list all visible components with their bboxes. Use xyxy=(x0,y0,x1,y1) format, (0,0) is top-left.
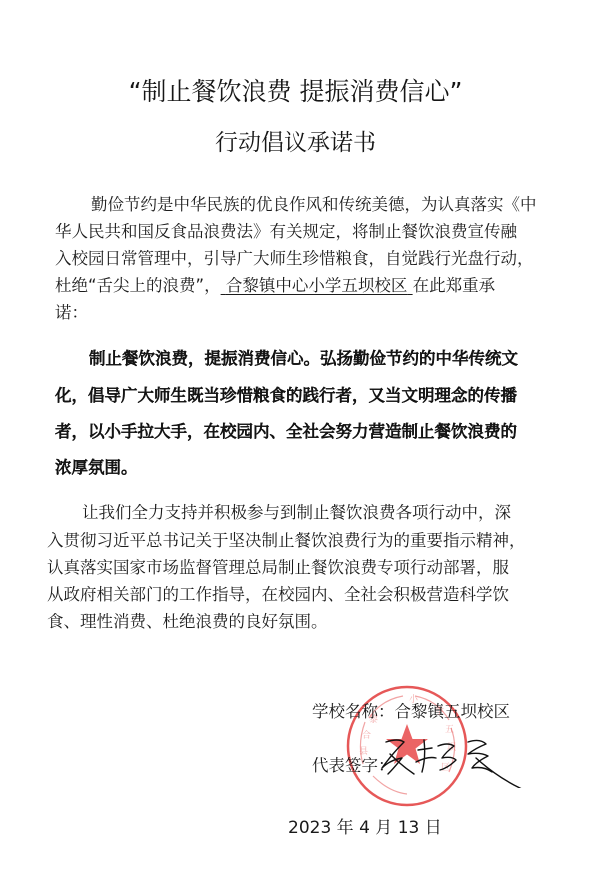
paragraph-1-line-1: 勤俭节约是中华民族的优良作风和传统美德，为认真落实《中 xyxy=(91,191,537,215)
paragraph-3-line-3: 认真落实国家市场监督管理总局制止餐饮浪费专项行动部署，服 xyxy=(47,554,509,578)
paragraph-1-line-5: 诺： xyxy=(55,299,88,323)
school-name-label: 学校名称： xyxy=(312,702,395,721)
signing-date: 2023 年 4 月 13 日 xyxy=(288,813,442,838)
paragraph-3-line-5: 食、理性消费、杜绝浪费的良好氛围。 xyxy=(47,608,328,632)
svg-text:合: 合 xyxy=(362,729,371,741)
paragraph-2-line-2: 化，倡导广大师生既当珍惜粮食的践行者，又当文明理念的传播 xyxy=(55,382,517,406)
paragraph-1-line-3: 入校园日常管理中，引导广大师生珍惜粮食，自觉践行光盘行动， xyxy=(55,245,534,269)
paragraph-1-line-4: 杜绝“舌尖上的浪费”， 合黎镇中心小学五坝校区 在此郑重承 xyxy=(55,272,495,296)
school-name-value: 合黎镇五坝校区 xyxy=(395,702,511,721)
representative-signature-label: 代表签字： xyxy=(312,756,395,775)
representative-signature-row: 代表签字： xyxy=(312,752,395,776)
paragraph-1-line-4-head: 杜绝“舌尖上的浪费”， xyxy=(55,276,221,295)
svg-text:坝: 坝 xyxy=(447,741,457,753)
paragraph-3-line-2: 入贯彻习近平总书记关于坚决制止餐饮浪费行为的重要指示精神， xyxy=(47,527,526,551)
paragraph-1-line-4-tail: 在此郑重承 xyxy=(413,276,496,295)
svg-text:区: 区 xyxy=(441,762,450,773)
school-name-text: 合黎镇中心小学五坝校区 xyxy=(226,276,408,295)
document-subtitle: 行动倡议承诺书 xyxy=(0,124,591,157)
paragraph-2-line-4: 浓厚氛围。 xyxy=(55,454,138,478)
document-title: “制止餐饮浪费 提振消费信心” xyxy=(0,72,591,108)
paragraph-2-line-1: 制止餐饮浪费，提振消费信心。弘扬勤俭节约的中华传统文 xyxy=(89,345,518,369)
school-name-blank: 合黎镇中心小学五坝校区 xyxy=(221,276,413,295)
paragraph-3-line-4: 从政府相关部门的工作指导，在校园内、全社会积极营造科学饮 xyxy=(47,581,509,605)
paragraph-1-line-2: 华人民共和国反食品浪费法》有关规定，将制止餐饮浪费宣传融 xyxy=(55,218,517,242)
paragraph-3-line-1: 让我们全力支持并积极参与到制止餐饮浪费各项行动中，深 xyxy=(82,499,511,523)
school-name-row: 学校名称：合黎镇五坝校区 xyxy=(312,698,510,722)
paragraph-2-line-3: 者，以小手拉大手，在校园内、全社会努力营造制止餐饮浪费的 xyxy=(55,418,517,442)
svg-text:五: 五 xyxy=(445,724,454,735)
